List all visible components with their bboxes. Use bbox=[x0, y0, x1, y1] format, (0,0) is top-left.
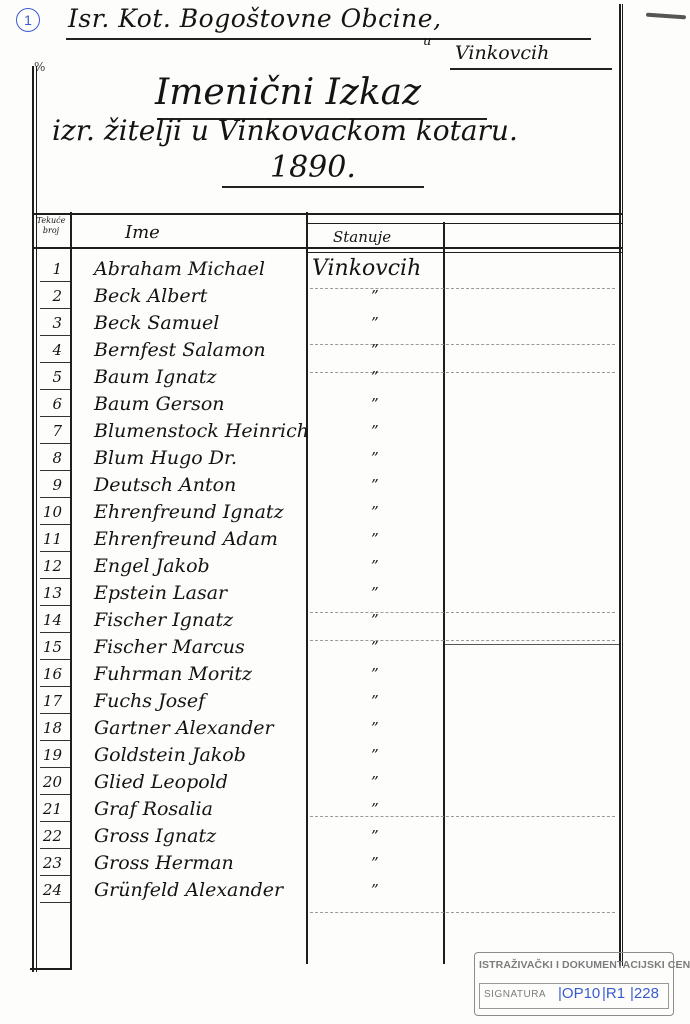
row-name: Gross Ignatz bbox=[94, 825, 216, 847]
table-row: 14 Fischer Ignatz ” bbox=[36, 609, 616, 635]
row-residence: ” bbox=[371, 368, 379, 386]
signature-code-number: |228 bbox=[630, 985, 659, 1002]
row-number-underline bbox=[40, 389, 70, 390]
table-row: 11 Ehrenfreund Adam ” bbox=[36, 528, 616, 554]
table-row: 6 Baum Gerson ” bbox=[36, 393, 616, 419]
row-name: Baum Ignatz bbox=[94, 366, 216, 388]
row-residence: ” bbox=[371, 611, 379, 629]
row-name: Fuchs Josef bbox=[94, 690, 205, 712]
page-subtitle: izr. žitelji u Vinkovackom kotaru. bbox=[52, 114, 518, 147]
table-row: 3 Beck Samuel ” bbox=[36, 312, 616, 338]
row-residence: ” bbox=[371, 422, 379, 440]
signature-code-series: |R1 bbox=[602, 985, 625, 1002]
location-prefix: u bbox=[423, 34, 431, 49]
year-underline bbox=[222, 186, 424, 188]
row-number: 16 bbox=[36, 665, 66, 683]
row-number: 6 bbox=[36, 395, 66, 413]
header-bottom-rule bbox=[34, 247, 622, 249]
row-number: 13 bbox=[36, 584, 66, 602]
row-number: 10 bbox=[36, 503, 66, 521]
row-name: Engel Jakob bbox=[94, 555, 210, 577]
row-number: 12 bbox=[36, 557, 66, 575]
row-number-underline bbox=[40, 686, 70, 687]
row-residence: ” bbox=[371, 854, 379, 872]
table-row: 19 Goldstein Jakob ” bbox=[36, 744, 616, 770]
row-number: 22 bbox=[36, 827, 66, 845]
row-number-underline bbox=[40, 443, 70, 444]
row-residence: ” bbox=[371, 530, 379, 548]
table-row: 16 Fuhrman Moritz ” bbox=[36, 663, 616, 689]
row-number-underline bbox=[40, 632, 70, 633]
row-residence: ” bbox=[371, 395, 379, 413]
table-row: 18 Gartner Alexander ” bbox=[36, 717, 616, 743]
row-number: 5 bbox=[36, 368, 66, 386]
table-row: 9 Deutsch Anton ” bbox=[36, 474, 616, 500]
row-number: 18 bbox=[36, 719, 66, 737]
row-number-underline bbox=[40, 362, 70, 363]
table-row: 8 Blum Hugo Dr. ” bbox=[36, 447, 616, 473]
row-number: 1 bbox=[36, 260, 66, 278]
table-row: 13 Epstein Lasar ” bbox=[36, 582, 616, 608]
row-number: 15 bbox=[36, 638, 66, 656]
row-number-underline bbox=[40, 578, 70, 579]
row-number-underline bbox=[40, 659, 70, 660]
table-row: 24 Grünfeld Alexander ” bbox=[36, 879, 616, 905]
row-name: Grünfeld Alexander bbox=[94, 879, 283, 901]
row-residence: ” bbox=[371, 773, 379, 791]
row-residence: ” bbox=[371, 692, 379, 710]
row-residence: ” bbox=[371, 557, 379, 575]
row-residence: ” bbox=[371, 584, 379, 602]
row-residence: ” bbox=[371, 800, 379, 818]
row-number: 7 bbox=[36, 422, 66, 440]
row-number: 8 bbox=[36, 449, 66, 467]
row-name: Ehrenfreund Ignatz bbox=[94, 501, 284, 523]
row-number-underline bbox=[40, 740, 70, 741]
row-number-underline bbox=[40, 875, 70, 876]
row-name: Epstein Lasar bbox=[94, 582, 227, 604]
row-number: 21 bbox=[36, 800, 66, 818]
row-name: Bernfest Salamon bbox=[94, 339, 266, 361]
row-number: 24 bbox=[36, 881, 66, 899]
row-name: Goldstein Jakob bbox=[94, 744, 246, 766]
row-number: 20 bbox=[36, 773, 66, 791]
row-name: Blum Hugo Dr. bbox=[94, 447, 237, 469]
row-name: Fischer Ignatz bbox=[94, 609, 233, 631]
signature-label: SIGNATURA bbox=[484, 989, 546, 1000]
column-header-name: Ime bbox=[125, 222, 160, 243]
row-name: Gross Herman bbox=[94, 852, 234, 874]
table-row: 7 Blumenstock Heinrich ” bbox=[36, 420, 616, 446]
table-top-rule bbox=[34, 213, 622, 215]
row-residence: ” bbox=[371, 314, 379, 332]
outer-right-border bbox=[619, 4, 621, 966]
row-number: 23 bbox=[36, 854, 66, 872]
row-name: Ehrenfreund Adam bbox=[94, 528, 278, 550]
header-underline bbox=[66, 38, 591, 40]
table-row: 15 Fischer Marcus ” bbox=[36, 636, 616, 662]
row-residence: ” bbox=[371, 287, 379, 305]
row-residence: ” bbox=[371, 638, 379, 656]
table-row: 17 Fuchs Josef ” bbox=[36, 690, 616, 716]
row-name: Graf Rosalia bbox=[94, 798, 213, 820]
row-number-underline bbox=[40, 821, 70, 822]
row-number-underline bbox=[40, 281, 70, 282]
row-residence: ” bbox=[371, 719, 379, 737]
table-row: 10 Ehrenfreund Ignatz ” bbox=[36, 501, 616, 527]
row-number: 2 bbox=[36, 287, 66, 305]
margin-dash-mark bbox=[646, 13, 686, 20]
row-name: Beck Samuel bbox=[94, 312, 219, 334]
row-name: Gartner Alexander bbox=[94, 717, 274, 739]
row-residence: ” bbox=[371, 449, 379, 467]
location-underline bbox=[450, 68, 612, 70]
row-number-underline bbox=[40, 416, 70, 417]
header-bottom-rule-2 bbox=[306, 252, 622, 253]
row-residence: Vinkovcih bbox=[312, 256, 421, 281]
page-title: Imenični Izkaz bbox=[155, 72, 421, 113]
header-secondary-rule bbox=[306, 223, 622, 224]
location-name: Vinkovcih bbox=[455, 42, 549, 64]
row-number-underline bbox=[40, 794, 70, 795]
row-name: Fuhrman Moritz bbox=[94, 663, 252, 685]
page-number-circle: 1 bbox=[16, 8, 40, 32]
row-number-underline bbox=[40, 308, 70, 309]
row-residence: ” bbox=[371, 503, 379, 521]
row-name: Glied Leopold bbox=[94, 771, 228, 793]
row-number-underline bbox=[40, 497, 70, 498]
row-residence: ” bbox=[371, 881, 379, 899]
row-number: 19 bbox=[36, 746, 66, 764]
row-number-underline bbox=[40, 551, 70, 552]
table-bottom-rule bbox=[30, 968, 72, 970]
signature-code-fond: |OP10 bbox=[558, 985, 600, 1002]
row-number-underline bbox=[40, 767, 70, 768]
row-number-underline bbox=[40, 902, 70, 903]
row-number: 17 bbox=[36, 692, 66, 710]
row-number-underline bbox=[40, 470, 70, 471]
table-row: 20 Glied Leopold ” bbox=[36, 771, 616, 797]
stamp-institution: ISTRAŽIVAČKI I DOKUMENTACIJSKI CENTAR bbox=[479, 959, 690, 971]
row-residence: ” bbox=[371, 665, 379, 683]
outer-left-border bbox=[32, 66, 34, 972]
row-name: Beck Albert bbox=[94, 285, 207, 307]
outer-right-border-inner bbox=[622, 4, 623, 966]
table-row: 12 Engel Jakob ” bbox=[36, 555, 616, 581]
row-number: 14 bbox=[36, 611, 66, 629]
table-row: 1 Abraham Michael Vinkovcih bbox=[36, 258, 616, 284]
row-name: Fischer Marcus bbox=[94, 636, 245, 658]
table-row: 22 Gross Ignatz ” bbox=[36, 825, 616, 851]
row-number-underline bbox=[40, 524, 70, 525]
row-number: 11 bbox=[36, 530, 66, 548]
guide-line bbox=[310, 912, 615, 913]
table-row: 4 Bernfest Salamon ” bbox=[36, 339, 616, 365]
row-number-underline bbox=[40, 335, 70, 336]
archive-stamp: ISTRAŽIVAČKI I DOKUMENTACIJSKI CENTAR SI… bbox=[474, 952, 674, 1016]
row-name: Blumenstock Heinrich bbox=[94, 420, 309, 442]
row-name: Deutsch Anton bbox=[94, 474, 236, 496]
row-number: 4 bbox=[36, 341, 66, 359]
row-name: Baum Gerson bbox=[94, 393, 225, 415]
signature-box: SIGNATURA |OP10 |R1 |228 bbox=[479, 983, 669, 1009]
table-row: 23 Gross Herman ” bbox=[36, 852, 616, 878]
row-residence: ” bbox=[371, 476, 379, 494]
table-row: 21 Graf Rosalia ” bbox=[36, 798, 616, 824]
row-residence: ” bbox=[371, 341, 379, 359]
table-row: 2 Beck Albert ” bbox=[36, 285, 616, 311]
community-header: Isr. Kot. Bogoštovne Obcine, bbox=[68, 4, 442, 33]
row-number: 9 bbox=[36, 476, 66, 494]
row-number: 3 bbox=[36, 314, 66, 332]
row-residence: ” bbox=[371, 827, 379, 845]
row-residence: ” bbox=[371, 746, 379, 764]
row-number-underline bbox=[40, 713, 70, 714]
row-number-underline bbox=[40, 605, 70, 606]
row-number-underline bbox=[40, 848, 70, 849]
row-name: Abraham Michael bbox=[94, 258, 265, 280]
document-year: 1890. bbox=[270, 150, 356, 185]
column-header-residence: Stanuje bbox=[333, 228, 391, 246]
column-header-number: Tekuće broj bbox=[36, 216, 66, 236]
table-row: 5 Baum Ignatz ” bbox=[36, 366, 616, 392]
